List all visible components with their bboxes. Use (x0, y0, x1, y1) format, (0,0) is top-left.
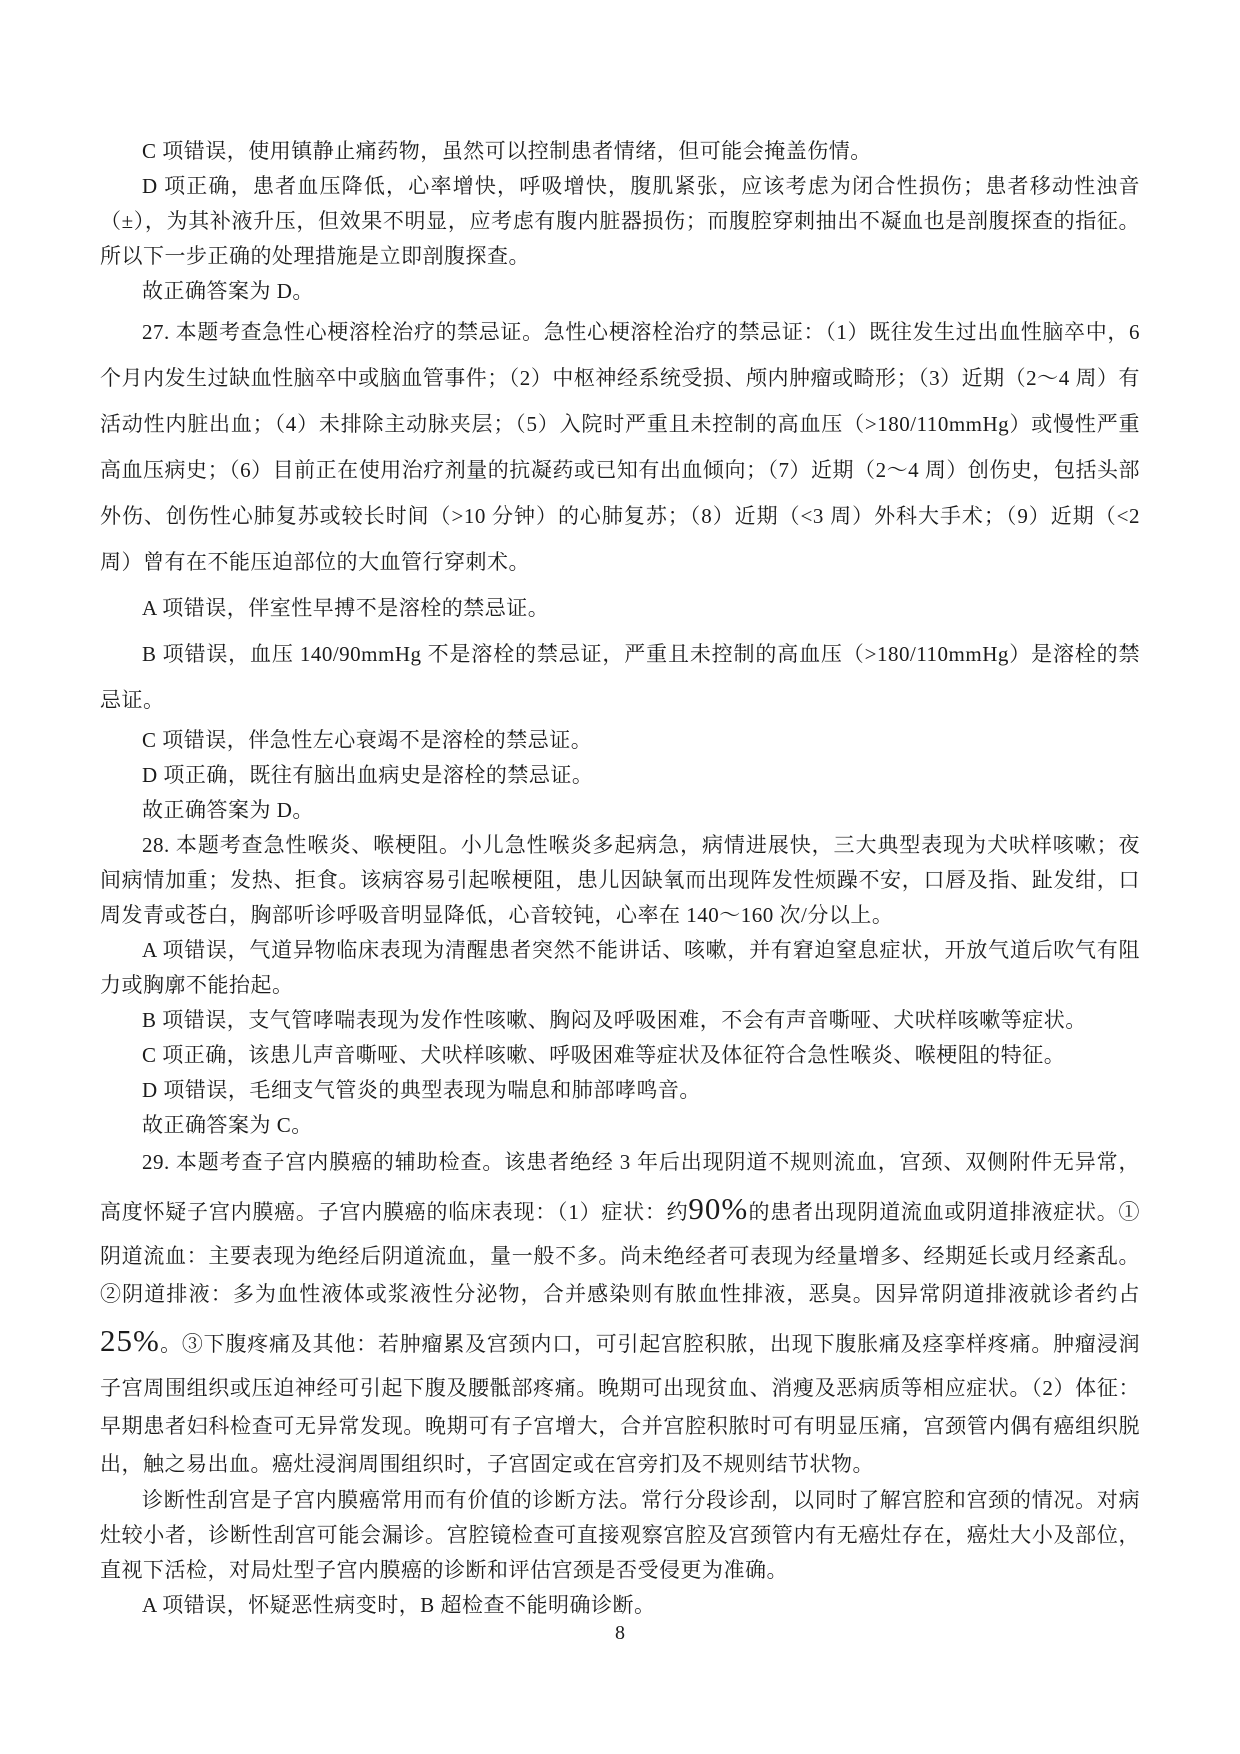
text-run: C 项错误，使用镇静止痛药物，虽然可以控制患者情绪，但可能会掩盖伤情。 (142, 139, 872, 163)
formula-inline: （>10 分钟） (430, 504, 558, 528)
answer-27-option-a: A 项错误，伴室性早搏不是溶栓的禁忌证。 (100, 585, 1140, 631)
answer-27-option-b: B 项错误，血压 140/90mmHg 不是溶栓的禁忌证，严重且未控制的高血压（… (100, 631, 1140, 723)
text-run: A 项错误，怀疑恶性病变时，B 超检查不能明确诊断。 (142, 1593, 656, 1617)
text-run: B 项错误，血压 140/90mmHg 不是溶栓的禁忌证，严重且未控制的高血压 (142, 642, 843, 666)
answer-27-conclusion: 故正确答案为 D。 (100, 793, 1140, 828)
answer-29-analysis: 29. 本题考查子宫内膜癌的辅助检查。该患者绝经 3 年后出现阴道不规则流血，宫… (100, 1143, 1140, 1483)
document-body: C 项错误，使用镇静止痛药物，虽然可以控制患者情绪，但可能会掩盖伤情。D 项正确… (100, 134, 1140, 1623)
text-run: 28. 本题考查急性喉炎、喉梗阻。小儿急性喉炎多起病急，病情进展快，三大典型表现… (100, 833, 1140, 927)
formula-large: 90% (688, 1191, 748, 1226)
text-run: 故正确答案为 D。 (142, 798, 314, 822)
text-run: 。③下腹疼痛及其他：若肿瘤累及宫颈内口，可引起宫腔积脓，出现下腹胀痛及痉挛样疼痛… (100, 1332, 1140, 1476)
formula-inline: （<3 周） (779, 504, 874, 528)
text-run: B 项错误，支气管哮喘表现为发作性咳嗽、胸闷及呼吸困难，不会有声音嘶哑、犬吠样咳… (142, 1008, 1087, 1032)
answer-27-option-c: C 项错误，伴急性左心衰竭不是溶栓的禁忌证。 (100, 723, 1140, 758)
text-run: D 项正确，既往有脑出血病史是溶栓的禁忌证。 (142, 763, 593, 787)
formula-inline: （>180/110mmHg） (843, 412, 1031, 436)
text-run: A 项错误，伴室性早搏不是溶栓的禁忌证。 (142, 596, 549, 620)
text-run: 曾有在不能压迫部位的大血管行穿刺术。 (143, 550, 530, 574)
text-run: A 项错误，气道异物临床表现为清醒患者突然不能讲话、咳嗽，并有窘迫窒息症状，开放… (100, 938, 1140, 997)
answer-28-analysis: 28. 本题考查急性喉炎、喉梗阻。小儿急性喉炎多起病急，病情进展快，三大典型表现… (100, 828, 1140, 933)
document-page: C 项错误，使用镇静止痛药物，虽然可以控制患者情绪，但可能会掩盖伤情。D 项正确… (0, 0, 1240, 1754)
answer-28-conclusion: 故正确答案为 C。 (100, 1108, 1140, 1143)
text-run: 的心肺复苏；（8）近期 (558, 504, 779, 528)
text-run: 外科大手术；（9）近期 (874, 504, 1095, 528)
answer-26-option-c: C 项错误，使用镇静止痛药物，虽然可以控制患者情绪，但可能会掩盖伤情。 (100, 134, 1140, 169)
formula-inline: （>180/110mmHg） (843, 642, 1031, 666)
answer-26-conclusion: 故正确答案为 D。 (100, 274, 1140, 309)
answer-27-analysis: 27. 本题考查急性心梗溶栓治疗的禁忌证。急性心梗溶栓治疗的禁忌证：（1）既往发… (100, 309, 1140, 585)
formula-large: 25% (100, 1323, 160, 1358)
text-run: C 项正确，该患儿声音嘶哑、犬吠样咳嗽、呼吸困难等症状及体征符合急性喉炎、喉梗阻… (142, 1043, 1065, 1067)
text-run: 故正确答案为 D。 (142, 279, 314, 303)
text-run: C 项错误，伴急性左心衰竭不是溶栓的禁忌证。 (142, 728, 592, 752)
answer-28-option-b: B 项错误，支气管哮喘表现为发作性咳嗽、胸闷及呼吸困难，不会有声音嘶哑、犬吠样咳… (100, 1003, 1140, 1038)
text-run: D 项正确，患者血压降低，心率增快，呼吸增快，腹肌紧张，应该考虑为闭合性损伤；患… (100, 174, 1140, 268)
answer-28-option-d: D 项错误，毛细支气管炎的典型表现为喘息和肺部哮鸣音。 (100, 1073, 1140, 1108)
answer-28-option-c: C 项正确，该患儿声音嘶哑、犬吠样咳嗽、呼吸困难等症状及体征符合急性喉炎、喉梗阻… (100, 1038, 1140, 1073)
answer-29-diagnosis-methods: 诊断性刮宫是子宫内膜癌常用而有价值的诊断方法。常行分段诊刮，以同时了解宫腔和宫颈… (100, 1483, 1140, 1588)
page-number: 8 (0, 1622, 1240, 1645)
text-run: 诊断性刮宫是子宫内膜癌常用而有价值的诊断方法。常行分段诊刮，以同时了解宫腔和宫颈… (100, 1488, 1140, 1582)
answer-27-option-d: D 项正确，既往有脑出血病史是溶栓的禁忌证。 (100, 758, 1140, 793)
text-run: D 项错误，毛细支气管炎的典型表现为喘息和肺部哮鸣音。 (142, 1078, 701, 1102)
text-run: 故正确答案为 C。 (142, 1113, 313, 1137)
answer-29-option-a: A 项错误，怀疑恶性病变时，B 超检查不能明确诊断。 (100, 1588, 1140, 1623)
answer-28-option-a: A 项错误，气道异物临床表现为清醒患者突然不能讲话、咳嗽，并有窘迫窒息症状，开放… (100, 933, 1140, 1003)
answer-26-option-d: D 项正确，患者血压降低，心率增快，呼吸增快，腹肌紧张，应该考虑为闭合性损伤；患… (100, 169, 1140, 274)
